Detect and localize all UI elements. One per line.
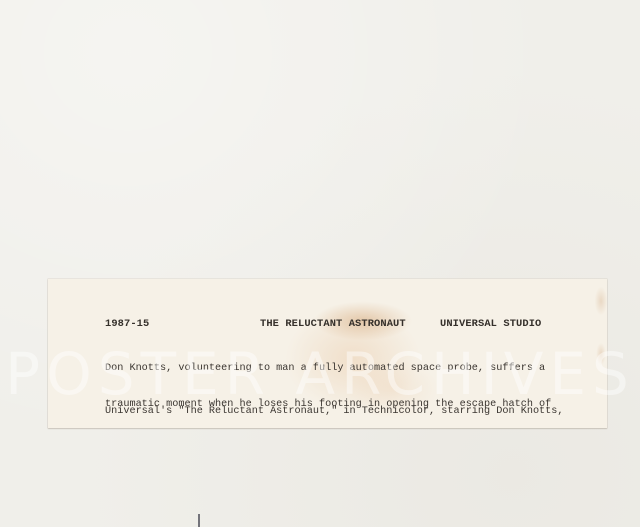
edge-stain: [591, 279, 607, 428]
credits-paragraph: Universal's "The Reluctant Astronaut," i…: [105, 382, 564, 428]
caption-slip: 1987-15 THE RELUCTANT ASTRONAUT UNIVERSA…: [48, 279, 607, 428]
release-number: 1987-15: [105, 318, 149, 330]
photo-back-paper: [0, 0, 640, 527]
studio-name: UNIVERSAL STUDIO: [440, 318, 541, 330]
caption-line: Don Knotts, volunteering to man a fully …: [105, 363, 551, 375]
film-title: THE RELUCTANT ASTRONAUT: [260, 318, 406, 330]
pen-mark: [198, 514, 200, 527]
credits-line: Universal's "The Reluctant Astronaut," i…: [105, 406, 564, 418]
